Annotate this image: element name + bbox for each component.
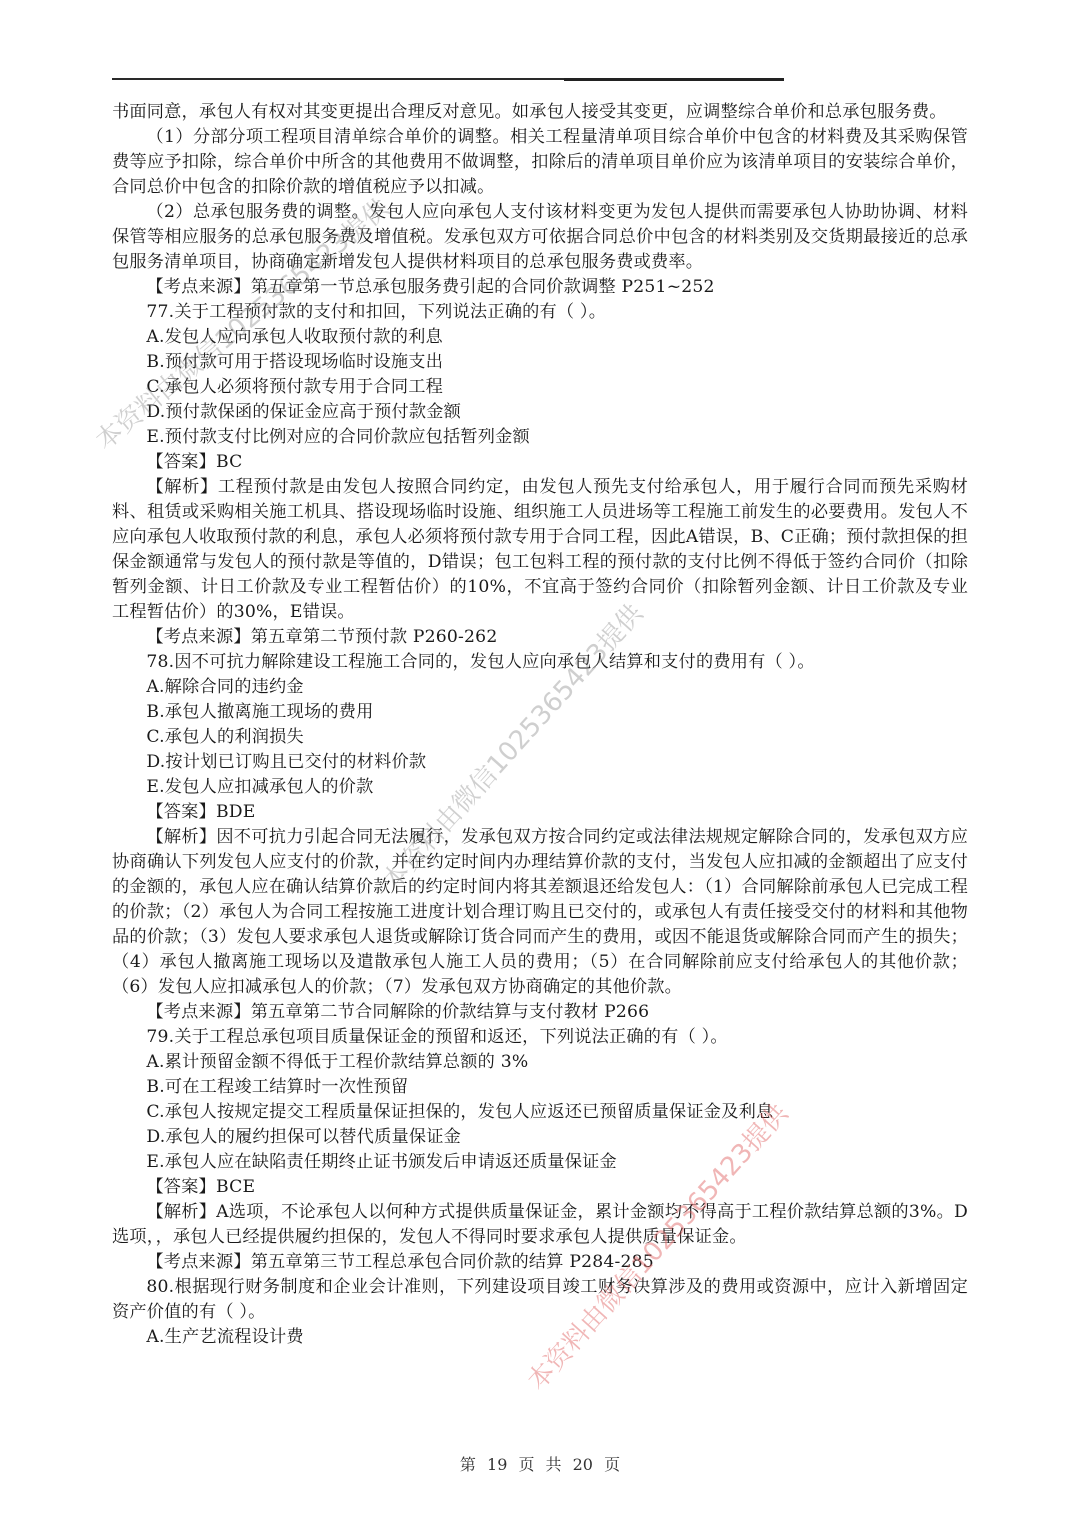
source-reference: 【考点来源】第五章第三节工程总承包合同价款的结算 P284-285: [112, 1250, 968, 1275]
option-a: A.累计预留金额不得低于工程价款结算总额的 3%: [112, 1050, 968, 1075]
option-d: D.按计划已订购且已交付的材料价款: [112, 750, 968, 775]
question-stem: 79.关于工程总承包项目质量保证金的预留和返还，下列说法正确的有（ ）。: [112, 1025, 968, 1050]
analysis: 【解析】因不可抗力引起合同无法履行，发承包双方按合同约定或法律法规规定解除合同的…: [112, 825, 968, 1000]
answer: 【答案】BC: [112, 450, 968, 475]
option-d: D.承包人的履约担保可以替代质量保证金: [112, 1125, 968, 1150]
option-a: A.发包人应向承包人收取预付款的利息: [112, 325, 968, 350]
option-b: B.承包人撤离施工现场的费用: [112, 700, 968, 725]
option-c: C.承包人必须将预付款专用于合同工程: [112, 375, 968, 400]
question-78: 78.因不可抗力解除建设工程施工合同的，发包人应向承包人结算和支付的费用有（ ）…: [112, 650, 968, 1025]
analysis: 【解析】工程预付款是由发包人按照合同约定，由发包人预先支付给承包人，用于履行合同…: [112, 475, 968, 625]
option-b: B.预付款可用于搭设现场临时设施支出: [112, 350, 968, 375]
header-rule: [112, 78, 784, 80]
source-reference: 【考点来源】第五章第二节预付款 P260-262: [112, 625, 968, 650]
question-stem: 80.根据现行财务制度和企业会计准则，下列建设项目竣工财务决算涉及的费用或资源中…: [112, 1275, 968, 1325]
header-rule-accent: [564, 78, 784, 81]
page-footer: 第 19 页 共 20 页: [0, 1452, 1080, 1475]
option-d: D.预付款保函的保证金应高于预付款金额: [112, 400, 968, 425]
source-reference: 【考点来源】第五章第一节总承包服务费引起的合同价款调整 P251~252: [112, 275, 968, 300]
continuation-paragraph: 书面同意，承包人有权对其变更提出合理反对意见。如承包人接受其变更，应调整综合单价…: [112, 100, 968, 125]
option-b: B.可在工程竣工结算时一次性预留: [112, 1075, 968, 1100]
answer: 【答案】BCE: [112, 1175, 968, 1200]
option-a: A.生产艺流程设计费: [112, 1325, 968, 1350]
question-stem: 78.因不可抗力解除建设工程施工合同的，发包人应向承包人结算和支付的费用有（ ）…: [112, 650, 968, 675]
option-c: C.承包人的利润损失: [112, 725, 968, 750]
question-77: 77.关于工程预付款的支付和扣回，下列说法正确的有（ ）。 A.发包人应向承包人…: [112, 300, 968, 650]
question-79: 79.关于工程总承包项目质量保证金的预留和返还，下列说法正确的有（ ）。 A.累…: [112, 1025, 968, 1275]
question-80: 80.根据现行财务制度和企业会计准则，下列建设项目竣工财务决算涉及的费用或资源中…: [112, 1275, 968, 1350]
option-a: A.解除合同的违约金: [112, 675, 968, 700]
continuation-paragraph: （2）总承包服务费的调整。发包人应向承包人支付该材料变更为发包人提供而需要承包人…: [112, 200, 968, 275]
answer: 【答案】BDE: [112, 800, 968, 825]
option-c: C.承包人按规定提交工程质量保证担保的，发包人应返还已预留质量保证金及利息: [112, 1100, 968, 1125]
option-e: E.预付款支付比例对应的合同价款应包括暂列金额: [112, 425, 968, 450]
analysis: 【解析】A选项，不论承包人以何种方式提供质量保证金，累计金额均不得高于工程价款结…: [112, 1200, 968, 1250]
continuation-paragraph: （1）分部分项工程项目清单综合单价的调整。相关工程量清单项目综合单价中包含的材料…: [112, 125, 968, 200]
option-e: E.发包人应扣减承包人的价款: [112, 775, 968, 800]
option-e: E.承包人应在缺陷责任期终止证书颁发后申请返还质量保证金: [112, 1150, 968, 1175]
question-stem: 77.关于工程预付款的支付和扣回，下列说法正确的有（ ）。: [112, 300, 968, 325]
source-reference: 【考点来源】第五章第二节合同解除的价款结算与支付教材 P266: [112, 1000, 968, 1025]
page-content: 书面同意，承包人有权对其变更提出合理反对意见。如承包人接受其变更，应调整综合单价…: [112, 100, 968, 1350]
